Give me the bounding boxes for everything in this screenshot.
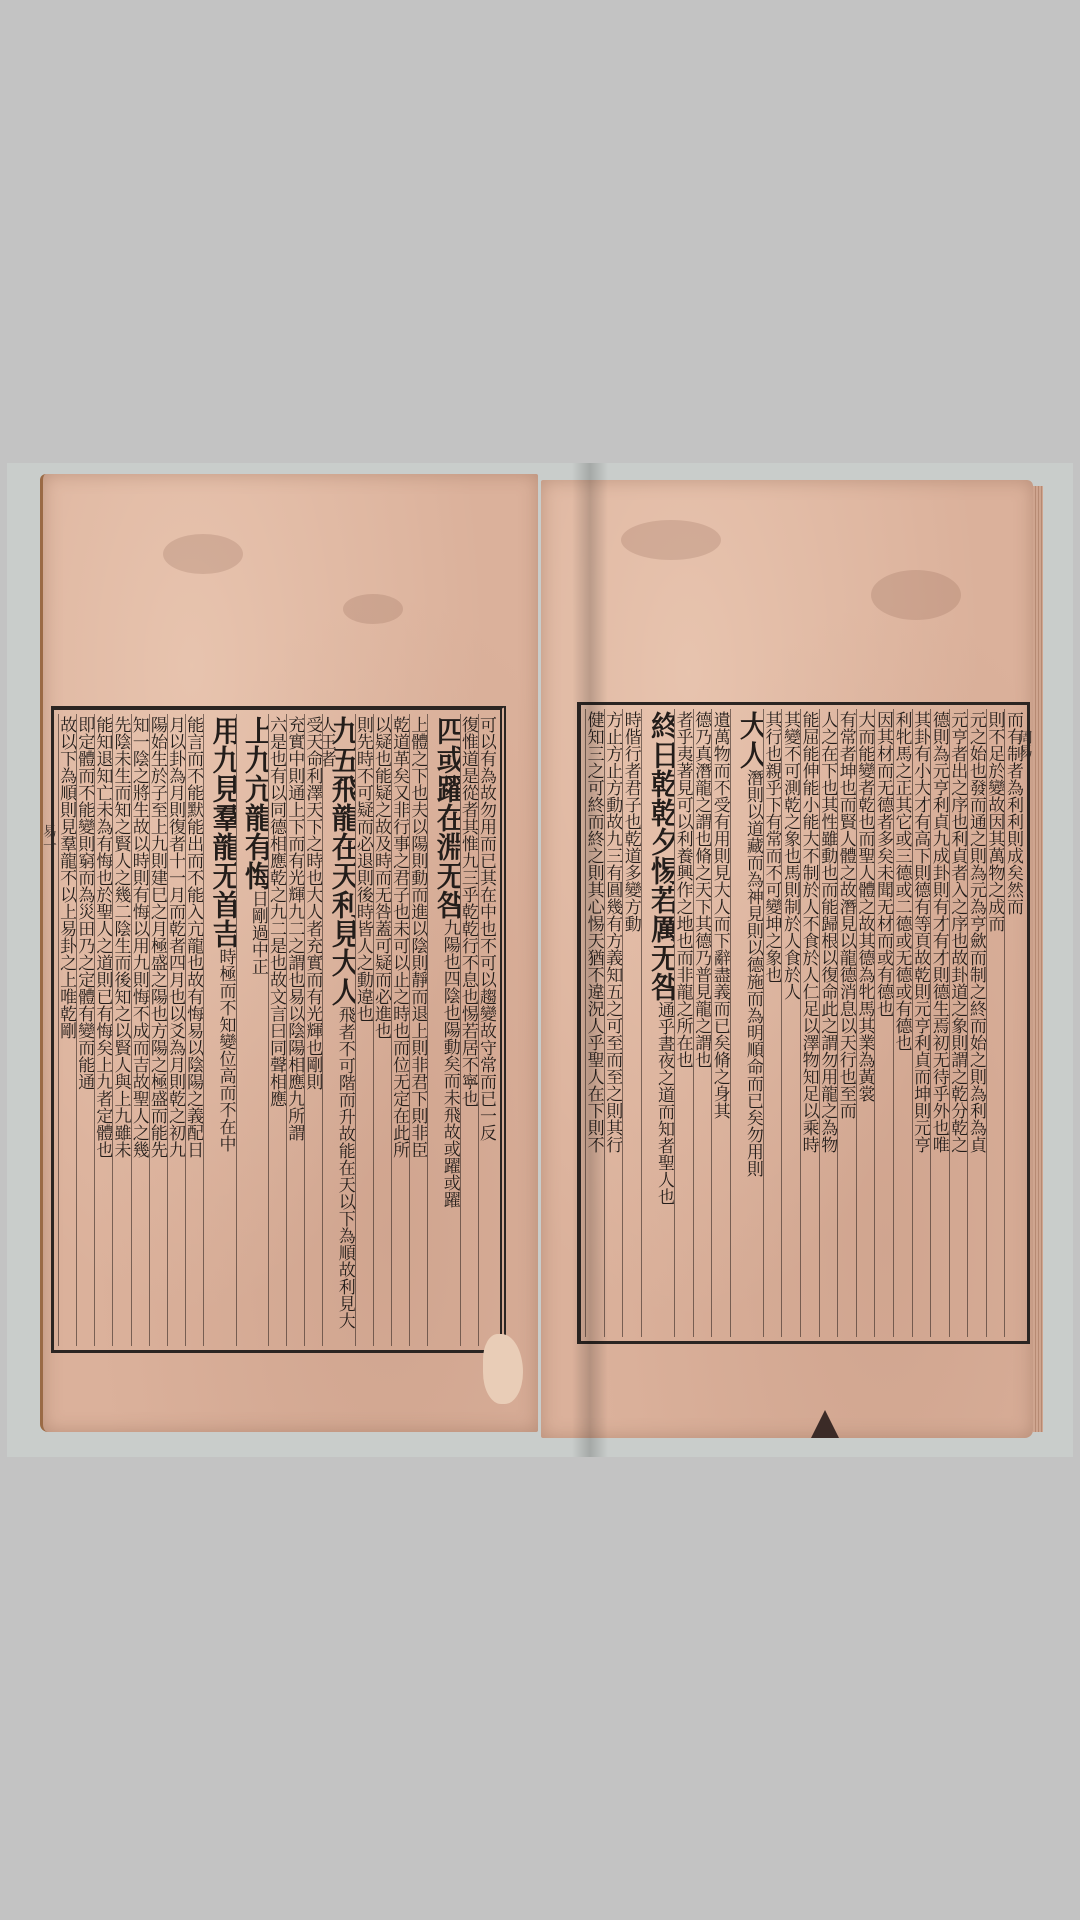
commentary-text: 乾道革矣又非行事之君子也未可以止之時也而位无定在此所: [391, 716, 409, 1158]
commentary-text: 受天命利澤天下之時也大人者充實而有光輝也剛則: [304, 716, 322, 1090]
text-column: 能屈能伸能小能大不制於人不食於人仁足以澤物知足以乘時: [800, 709, 819, 1337]
commentary-text: 元之始也發而通之則為元為亨歛而制之終而始之則為利為貞: [967, 711, 986, 1153]
paper-stain: [621, 520, 721, 560]
commentary-text: 故以下為順則見羣龍不以上易卦之上唯乾剛: [58, 716, 76, 1039]
text-column: 元亨者出之序也利貞者入之序也故卦道之象則謂之乾分乾之: [949, 709, 968, 1337]
left-page: 易一 可以有為故勿用而已其在中也不可以趨變故守常而已一反復惟道是從者其惟九三乎乾…: [40, 474, 538, 1432]
right-text-frame: 而有制者為利利則成矣然而則不足於變故因其萬物之成而元之始也發而通之則為元為亨歛而…: [577, 702, 1030, 1344]
commentary-text: 者乎夷著見可以利養興作之地也而非龍之所在也: [674, 711, 693, 1068]
text-column: 其卦有小大才有高下則德有等頁故乾則元亨利貞而坤則元亨: [912, 709, 931, 1337]
commentary-text: 能屈能伸能小能大不制於人不食於人仁足以澤物知足以乘時: [800, 711, 819, 1153]
commentary-text: 大而能變者乾也而聖人體之故其德為牝馬其業為黃裳: [856, 711, 875, 1102]
paper-stain: [163, 534, 243, 574]
text-column: 知一陰之將生故以時則有悔以用九則悔不成而吉故聖人之幾: [131, 714, 149, 1346]
commentary-text: 即定體而不能變則窮而為災田乃之定體有變而能通: [76, 716, 94, 1090]
text-column: 利牝馬之正其它或三德或二德或无德或有德也: [893, 709, 912, 1337]
commentary-text: 元亨者出之序也利貞者入之序也故卦道之象則謂之乾分乾之: [949, 711, 968, 1153]
text-column: 大人潛則以道藏而為神見則以德施而為明順命而已矣勿用則: [730, 709, 763, 1337]
text-column: 因其材而无德者多矣未聞无材而或有德也: [874, 709, 893, 1337]
commentary-text: 德則為元亨利貞九成卦則有才有才則德生焉初无待乎外也唯: [930, 711, 949, 1153]
text-column: 可以有為故勿用而已其在中也不可以趨變故守常而已一反: [478, 714, 496, 1346]
text-column: 則先時不可疑而必退則後時皆人之動違也: [355, 714, 373, 1346]
commentary-text: 則不足於變故因其萬物之成而: [986, 711, 1005, 932]
commentary-text: 潛則以道藏而為神見則以德施而為明順命而已矣勿用則: [743, 769, 763, 1177]
text-column: 德乃真潛龍之謂也脩之天下其德乃普見龍之謂也: [693, 709, 712, 1337]
commentary-text: 德乃真潛龍之謂也脩之天下其德乃普見龍之謂也: [693, 711, 712, 1068]
text-column: 復惟道是從者其惟九三乎乾乾行不息也惕若居不寧也: [460, 714, 478, 1346]
commentary-text: 因其材而无德者多矣未聞无材而或有德也: [874, 711, 893, 1017]
commentary-text: 時偕行者君子也乾道多變方動: [622, 711, 641, 932]
commentary-text: 而有制者為利利則成矣然而: [1004, 711, 1023, 915]
text-column: 受天命利澤天下之時也大人者充實而有光輝也剛則: [304, 714, 322, 1346]
text-column: 四或躍在淵无咎九陽也四陰也陽動矣而未飛故或躍或躍: [427, 714, 459, 1346]
commentary-text: 日剛過中正: [248, 890, 268, 975]
text-column: 時偕行者君子也乾道多變方動: [622, 709, 641, 1337]
classic-text-heading: 上九亢龍有悔: [241, 716, 268, 890]
commentary-text: 先陰未生而知之賢人之幾二陰生而後知之以賢人與上九雖未: [112, 716, 130, 1158]
text-column: 故以下為順則見羣龍不以上易卦之上唯乾剛: [58, 714, 76, 1346]
paper-tear: [483, 1334, 523, 1404]
ink-blot: [811, 1410, 839, 1438]
text-column: 能言而不能默能出而不能入亢龍也故有悔易以陰陽之義配日: [185, 714, 203, 1346]
commentary-text: 其變不可測乾之象也馬則制於人食於人: [781, 711, 800, 1000]
text-column: 乾道革矣又非行事之君子也未可以止之時也而位无定在此所: [391, 714, 409, 1346]
text-column: 有常者坤也而賢人體之故潛見以龍德消息以天行也至而: [837, 709, 856, 1337]
text-column: 人之在下也其性雖動也而能歸根以復命此之謂勿用龍之為物: [819, 709, 838, 1337]
text-column: 九五飛龍在天利見大人飛者不可階而升故能在天以下為順故利見大人王者: [322, 714, 354, 1346]
commentary-text: 上體之下也夫以陽則動而進以陰則靜而退上則非君下則非臣: [409, 716, 427, 1158]
commentary-text: 則先時不可疑而必退則後時皆人之動違也: [355, 716, 373, 1022]
text-column: 陽始生於子至上九則建巳之月極盛之陽也方陽之極盛而能先: [149, 714, 167, 1346]
commentary-text: 知一陰之將生故以時則有悔以用九則悔不成而吉故聖人之幾: [131, 716, 149, 1158]
paper-stain: [871, 570, 961, 620]
text-column: 用九見羣龍无首吉時極而不知變位高而不在中: [203, 714, 235, 1346]
commentary-text: 充實中則通上下而有光輝九二之謂也易以陰陽相應九所謂: [286, 716, 304, 1141]
classic-text-heading: 終日乾乾夕惕若厲无咎: [647, 711, 674, 1001]
text-column: 上體之下也夫以陽則動而進以陰則靜而退上則非君下則非臣: [409, 714, 427, 1346]
commentary-text: 通乎晝夜之道而知者聖人也: [654, 1001, 674, 1205]
text-column: 其行也親乎下有常而不可變坤之象也: [763, 709, 782, 1337]
commentary-text: 陽始生於子至上九則建巳之月極盛之陽也方陽之極盛而能先: [149, 716, 167, 1158]
commentary-text: 六是也有以同德相應乾之九二是也故文言曰同聲相應: [268, 716, 286, 1107]
text-column: 元之始也發而通之則為元為亨歛而制之終而始之則為利為貞: [967, 709, 986, 1337]
text-column: 能知退知亡未為有悔也於聖人之道則已有悔矣上九者定體也: [94, 714, 112, 1346]
text-column: 月以卦為月則復者十一月而乾者四月也以爻為月則乾之初九: [167, 714, 185, 1346]
text-column: 則不足於變故因其萬物之成而: [986, 709, 1005, 1337]
commentary-text: 有常者坤也而賢人體之故潛見以龍德消息以天行也至而: [837, 711, 856, 1119]
text-column: 大而能變者乾也而聖人體之故其德為牝馬其業為黃裳: [856, 709, 875, 1337]
text-column: 而有制者為利利則成矣然而: [1004, 709, 1023, 1337]
classic-text-heading: 用九見羣龍无首吉: [209, 716, 236, 948]
text-column: 德則為元亨利貞九成卦則有才有才則德生焉初无待乎外也唯: [930, 709, 949, 1337]
left-text-frame: 可以有為故勿用而已其在中也不可以趨變故守常而已一反復惟道是從者其惟九三乎乾乾行不…: [51, 706, 506, 1353]
text-column: 以疑也能疑之故及時而无咎蓋可疑而必進也: [373, 714, 391, 1346]
commentary-text: 可以有為故勿用而已其在中也不可以趨變故守常而已一反: [478, 716, 496, 1141]
commentary-text: 月以卦為月則復者十一月而乾者四月也以爻為月則乾之初九: [167, 716, 185, 1158]
right-page: 周易 而有制者為利利則成矣然而則不足於變故因其萬物之成而元之始也發而通之則為元為…: [541, 480, 1033, 1438]
commentary-text: 人之在下也其性雖動也而能歸根以復命此之謂勿用龍之為物: [819, 711, 838, 1153]
text-column: 終日乾乾夕惕若厲无咎通乎晝夜之道而知者聖人也: [641, 709, 674, 1337]
text-column: 即定體而不能變則窮而為災田乃之定體有變而能通: [76, 714, 94, 1346]
commentary-text: 能知退知亡未為有悔也於聖人之道則已有悔矣上九者定體也: [94, 716, 112, 1158]
paper-stain: [343, 594, 403, 624]
commentary-text: 遺萬物而不受有用則見大人而下辭盡義而已矣脩之身其: [711, 711, 730, 1119]
commentary-text: 利牝馬之正其它或三德或二德或无德或有德也: [893, 711, 912, 1051]
classic-text-heading: 四或躍在淵无咎: [433, 716, 460, 919]
commentary-text: 以疑也能疑之故及時而无咎蓋可疑而必進也: [373, 716, 391, 1039]
text-column: 其變不可測乾之象也馬則制於人食於人: [781, 709, 800, 1337]
text-column: 者乎夷著見可以利養興作之地也而非龍之所在也: [674, 709, 693, 1337]
commentary-text: 時極而不知變位高而不在中: [216, 948, 236, 1152]
commentary-text: 復惟道是從者其惟九三乎乾乾行不息也惕若居不寧也: [460, 716, 478, 1107]
classic-text-heading: 大人: [736, 711, 763, 769]
text-column: 遺萬物而不受有用則見大人而下辭盡義而已矣脩之身其: [711, 709, 730, 1337]
text-column: 先陰未生而知之賢人之幾二陰生而後知之以賢人與上九雖未: [112, 714, 130, 1346]
text-column: 充實中則通上下而有光輝九二之謂也易以陰陽相應九所謂: [286, 714, 304, 1346]
commentary-text: 能言而不能默能出而不能入亢龍也故有悔易以陰陽之義配日: [185, 716, 203, 1158]
commentary-text: 其行也親乎下有常而不可變坤之象也: [763, 711, 782, 983]
commentary-text: 九陽也四陰也陽動矣而未飛故或躍或躍: [440, 919, 460, 1208]
text-column: 六是也有以同德相應乾之九二是也故文言曰同聲相應: [268, 714, 286, 1346]
page-edges: [1033, 486, 1043, 1432]
commentary-text: 其卦有小大才有高下則德有等頁故乾則元亨利貞而坤則元亨: [912, 711, 931, 1153]
book-spine: [572, 463, 608, 1457]
text-column: 上九亢龍有悔日剛過中正: [236, 714, 268, 1346]
